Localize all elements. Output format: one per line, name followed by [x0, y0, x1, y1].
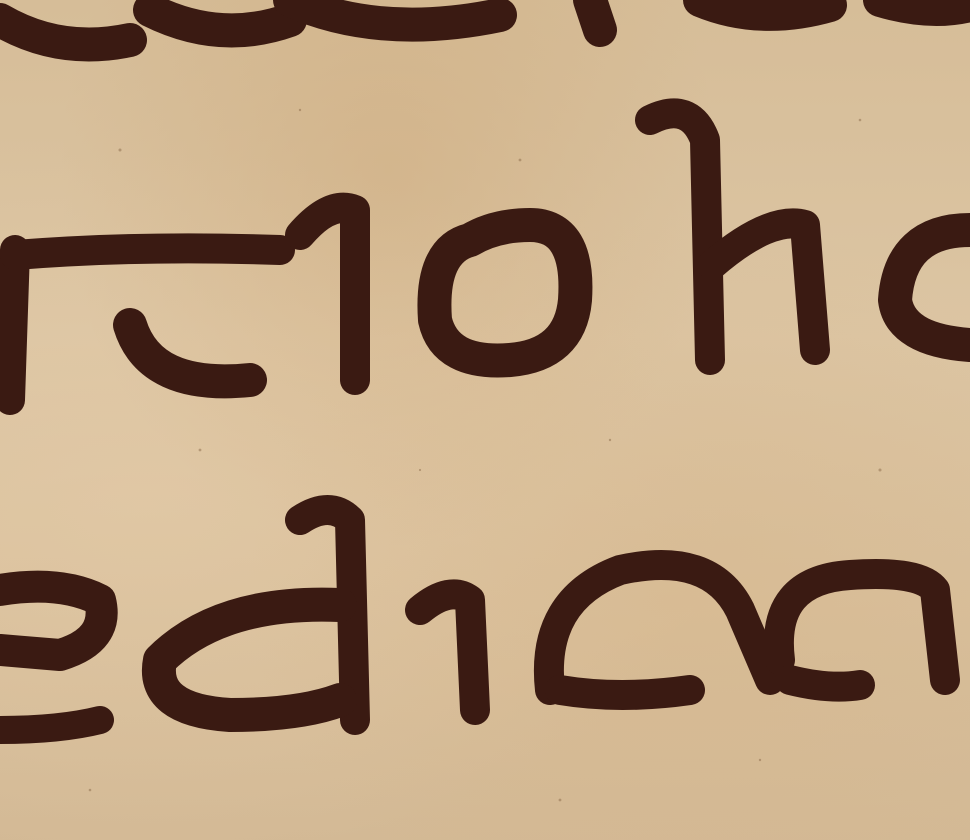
bottom-line-letters [0, 510, 945, 730]
top-line-fragments [0, 0, 970, 45]
middle-line-letters [10, 113, 970, 400]
calligraphy-strokes [0, 0, 970, 840]
parchment-background: rdoho edıaa [0, 0, 970, 840]
